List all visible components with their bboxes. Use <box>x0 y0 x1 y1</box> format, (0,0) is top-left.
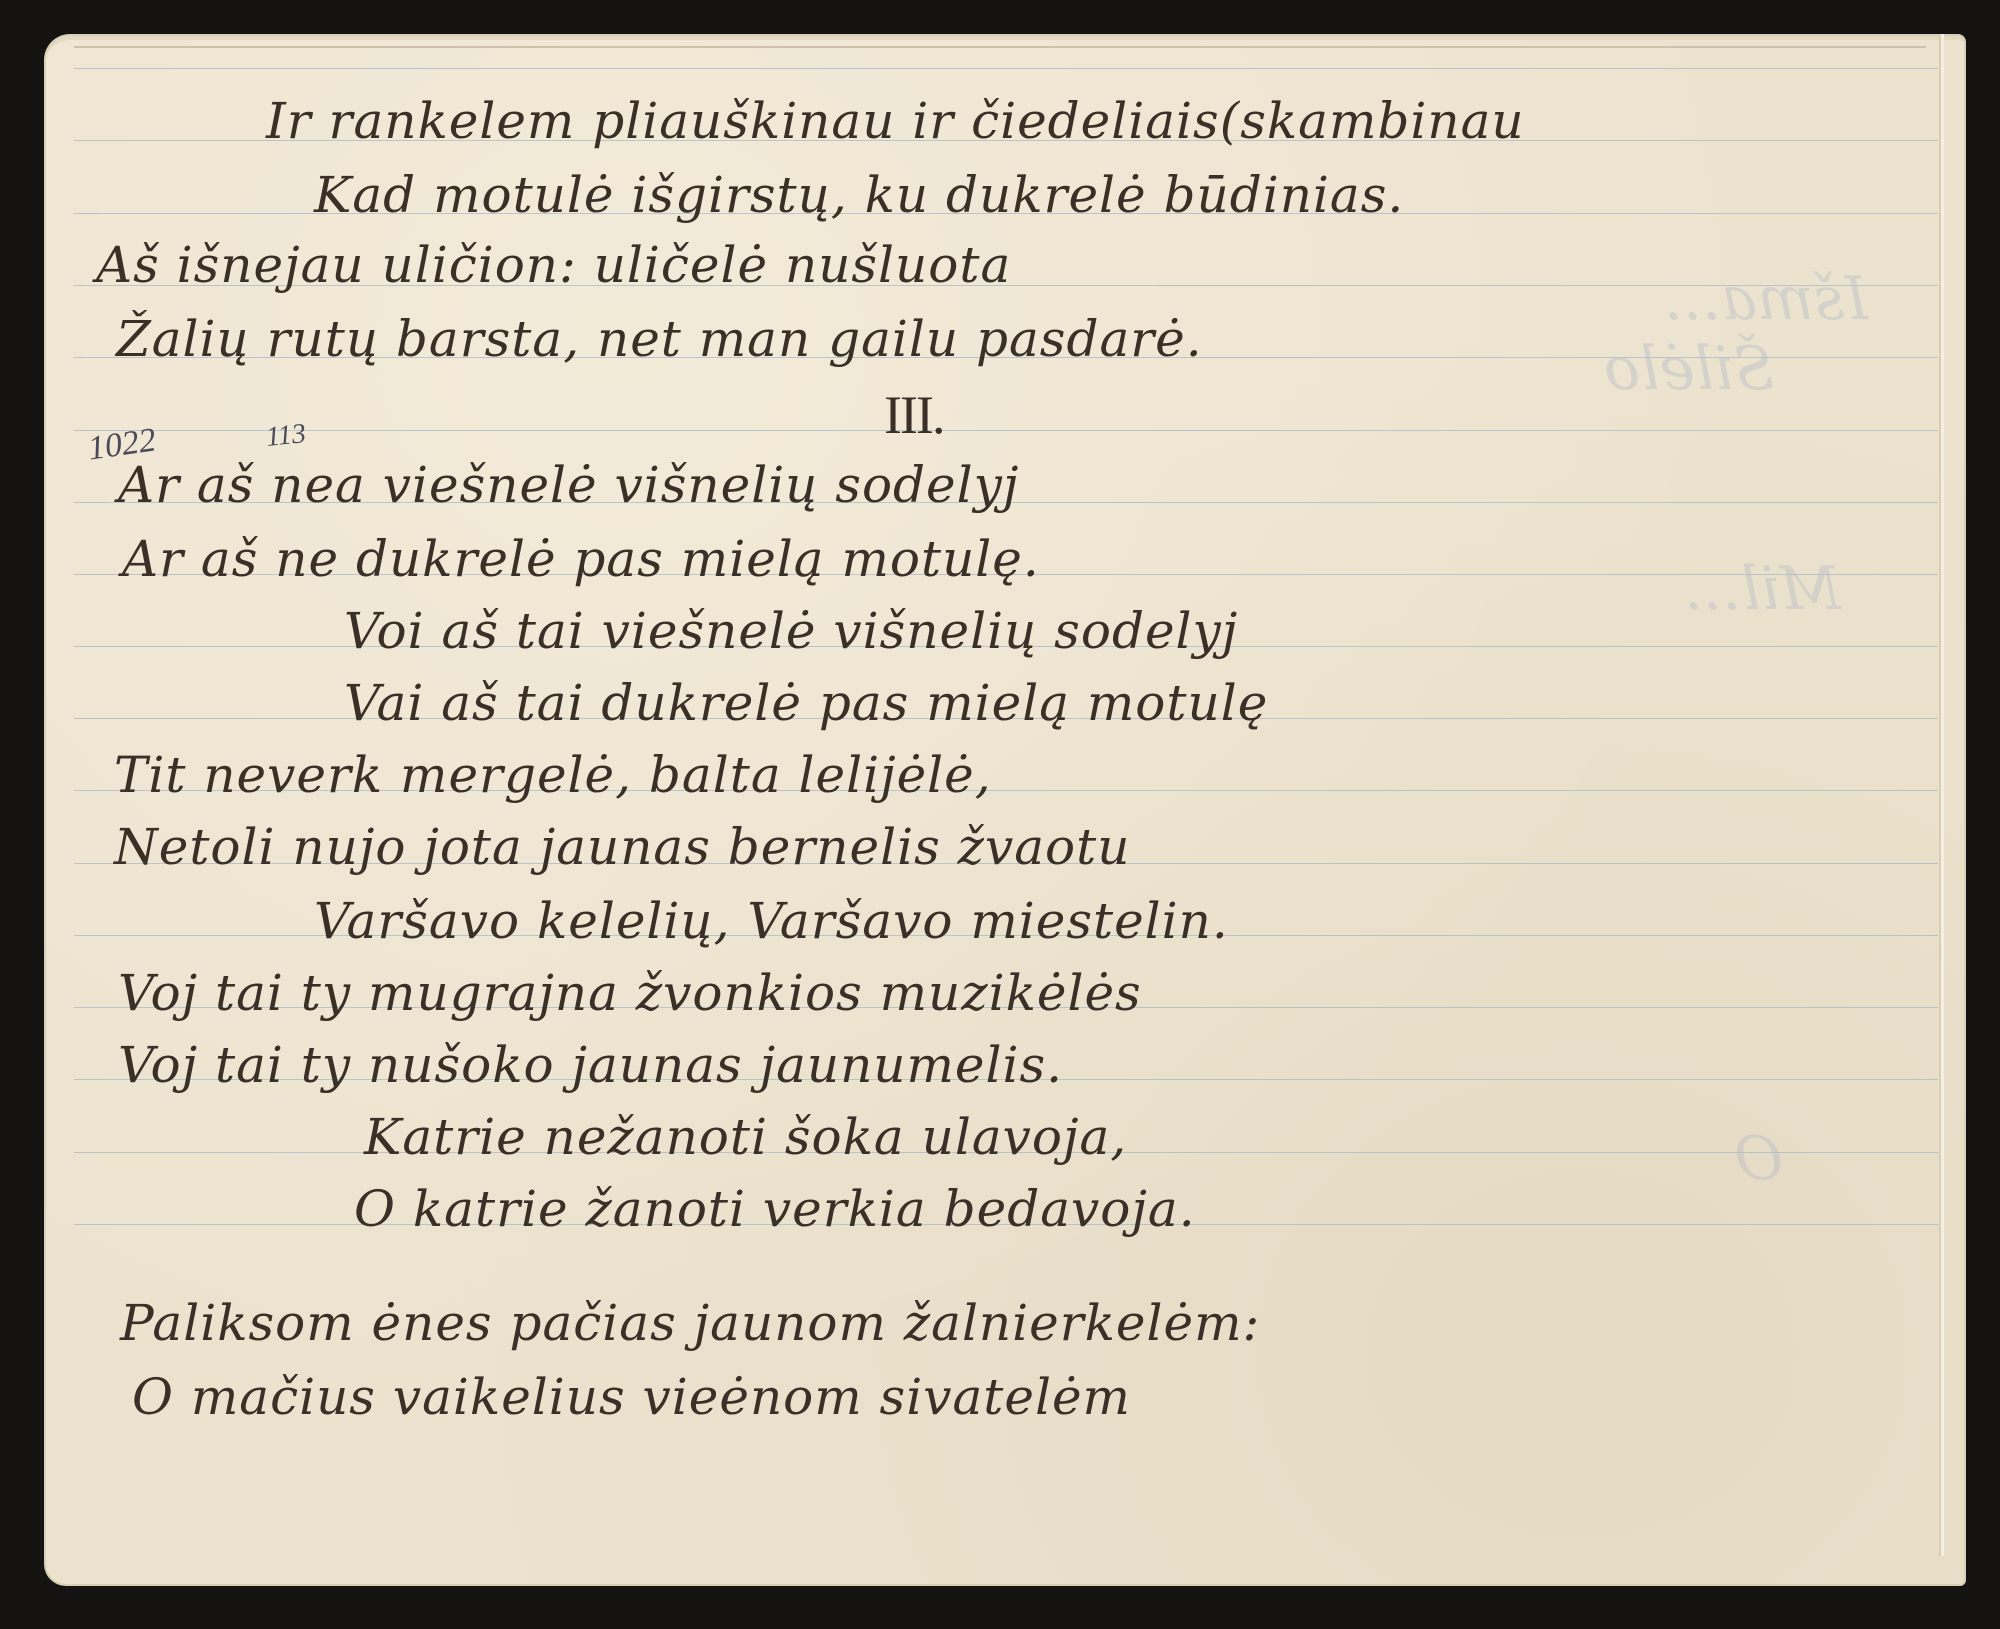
ruled-line <box>74 68 1938 69</box>
verse-line: Katrie nežanoti šoka ulavoja, <box>364 1112 1127 1162</box>
verse-line: Ir rankelem pliauškinau ir čiedeliais(sk… <box>266 96 1525 146</box>
verse-line: Ar aš nea viešnelė višnelių sodelyj <box>118 460 1019 510</box>
verse-line: Varšavo kelelių, Varšavo miestelin. <box>314 896 1229 946</box>
section-numeral: III. <box>884 384 943 446</box>
verse-line: Voj tai ty mugrajna žvonkios muzikėlės <box>118 968 1142 1018</box>
bleed-through-text: Šilėlo <box>1604 334 1774 404</box>
bleed-through-text: O <box>1734 1124 1783 1194</box>
page-number: 113 <box>264 418 307 454</box>
verse-line: O katrie žanoti verkia bedavoja. <box>354 1184 1196 1234</box>
verse-line: Netoli nujo jota jaunas bernelis žvaotu <box>114 822 1130 872</box>
ruled-line <box>74 430 1938 431</box>
verse-line: Aš išnejau uličion: uličelė nušluota <box>96 240 1011 290</box>
verse-line: Tit neverk mergelė, balta lelijėlė, <box>114 750 992 800</box>
verse-line: Paliksom ėnes pačias jaunom žalnierkelėm… <box>120 1298 1260 1348</box>
bleed-through-text: Mil... <box>1684 554 1841 624</box>
verse-line: Voi aš tai viešnelė višnelių sodelyj <box>344 606 1238 656</box>
verse-line: Vai aš tai dukrelė pas mielą motulę <box>344 678 1268 728</box>
verse-line: Voj tai ty nušoko jaunas jaunumelis. <box>118 1040 1063 1090</box>
manuscript-page: Išma... Šilėlo Mil... O 1022 113 III. Ir… <box>44 34 1966 1586</box>
verse-line: O mačius vaikelius vieėnom sivatelėm <box>132 1372 1131 1422</box>
verse-line: Kad motulė išgirstų, ku dukrelė būdinias… <box>314 170 1404 220</box>
verse-line: Žalių rutų barsta, net man gailu pasdarė… <box>116 314 1203 364</box>
verse-line: Ar aš ne dukrelė pas mielą motulę. <box>122 534 1040 584</box>
bleed-through-text: Išma... <box>1664 264 1868 334</box>
